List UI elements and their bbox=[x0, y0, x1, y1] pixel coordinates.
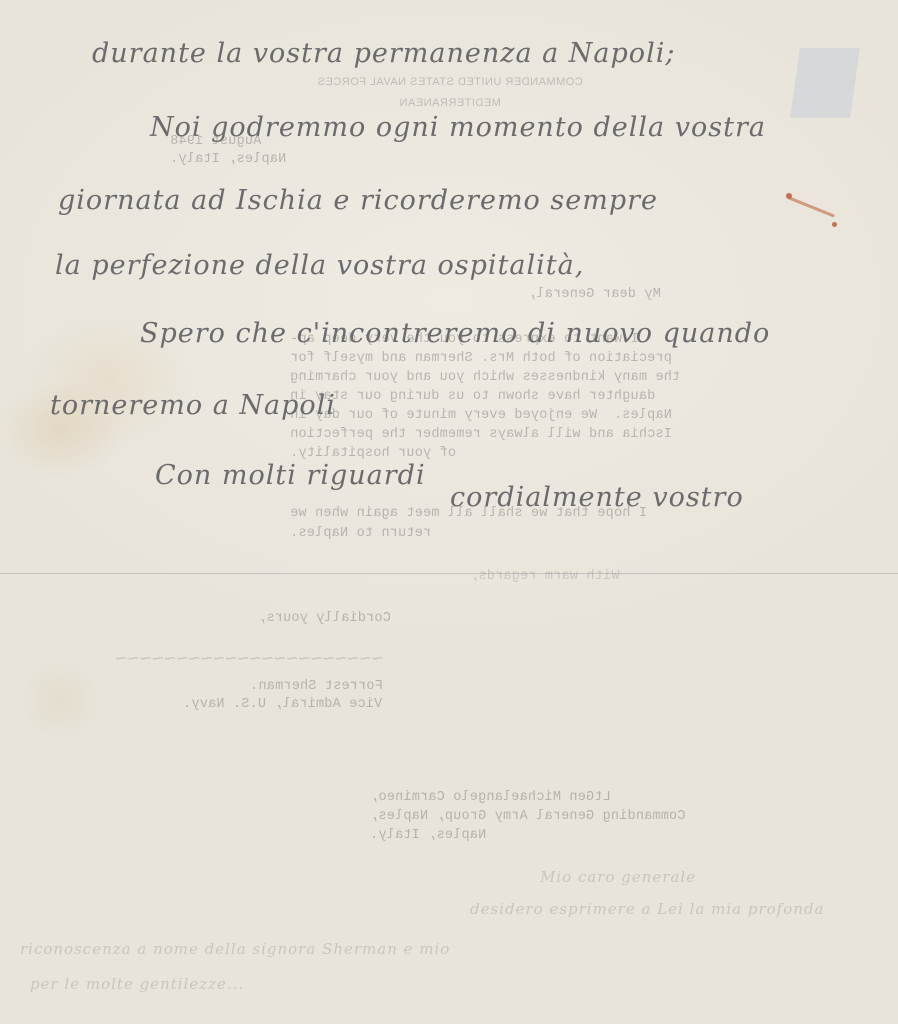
letterhead-line2: MEDITERRANEAN bbox=[330, 97, 570, 109]
body-line: return to Naples. bbox=[290, 525, 431, 543]
body-line: daughter have shown to us during our sta… bbox=[290, 388, 655, 406]
faint-line: Mio caro generale bbox=[540, 868, 696, 886]
addressee-line: LtGen Michaelangelo Carmineo, bbox=[370, 789, 611, 807]
rust-stain-dot bbox=[832, 222, 837, 227]
signature-name: Forrest Sherman. bbox=[250, 678, 383, 696]
addressee-line: Naples, Italy. bbox=[370, 827, 486, 845]
handwriting-line: torneremo a Napoli bbox=[50, 390, 336, 421]
body-line: Naples. We enjoyed every minute of our d… bbox=[290, 407, 672, 425]
handwriting-line: durante la vostra permanenza a Napoli; bbox=[92, 38, 675, 69]
faint-line: desidero esprimere a Lei la mia profonda bbox=[470, 900, 824, 918]
handwriting-line: cordialmente vostro bbox=[450, 482, 744, 513]
handwriting-line: Noi godremmo ogni momento della vostra bbox=[150, 112, 766, 143]
handwriting-line: Con molti riguardi bbox=[155, 460, 426, 491]
closing: Cordially yours, bbox=[258, 610, 391, 628]
signature-scrawl: ~~~~~~~~~~~~~~~~~~~~~~ bbox=[115, 652, 383, 670]
body-line: Ischia and will always remember the perf… bbox=[290, 426, 672, 444]
salutation: My dear General, bbox=[528, 286, 661, 304]
fold-line bbox=[0, 573, 898, 575]
regards-line: With warm regards, bbox=[470, 568, 619, 586]
faint-line: riconoscenza a nome della signora Sherma… bbox=[20, 940, 450, 958]
letter-place: Naples, Italy. bbox=[170, 151, 286, 169]
handwriting-line: la perfezione della vostra ospitalità, bbox=[55, 250, 584, 281]
faint-line: per le molte gentilezze... bbox=[30, 975, 244, 993]
rust-stain-dot bbox=[786, 193, 792, 199]
letterhead-line1: COMMANDER UNITED STATES NAVAL FORCES bbox=[270, 76, 630, 88]
body-line: the many kindnesses which you and your c… bbox=[290, 369, 680, 387]
addressee-line: Commanding General Army Group, Naples, bbox=[370, 808, 685, 826]
handwriting-line: giornata ad Ischia e ricorderemo sempre bbox=[58, 185, 658, 216]
signature-title: Vice Admiral, U.S. Navy. bbox=[183, 696, 382, 714]
tape-mark bbox=[790, 48, 860, 118]
handwriting-line: Spero che c'incontreremo di nuovo quando bbox=[140, 318, 770, 349]
body-line: preciation of both Mrs. Sherman and myse… bbox=[290, 350, 672, 368]
